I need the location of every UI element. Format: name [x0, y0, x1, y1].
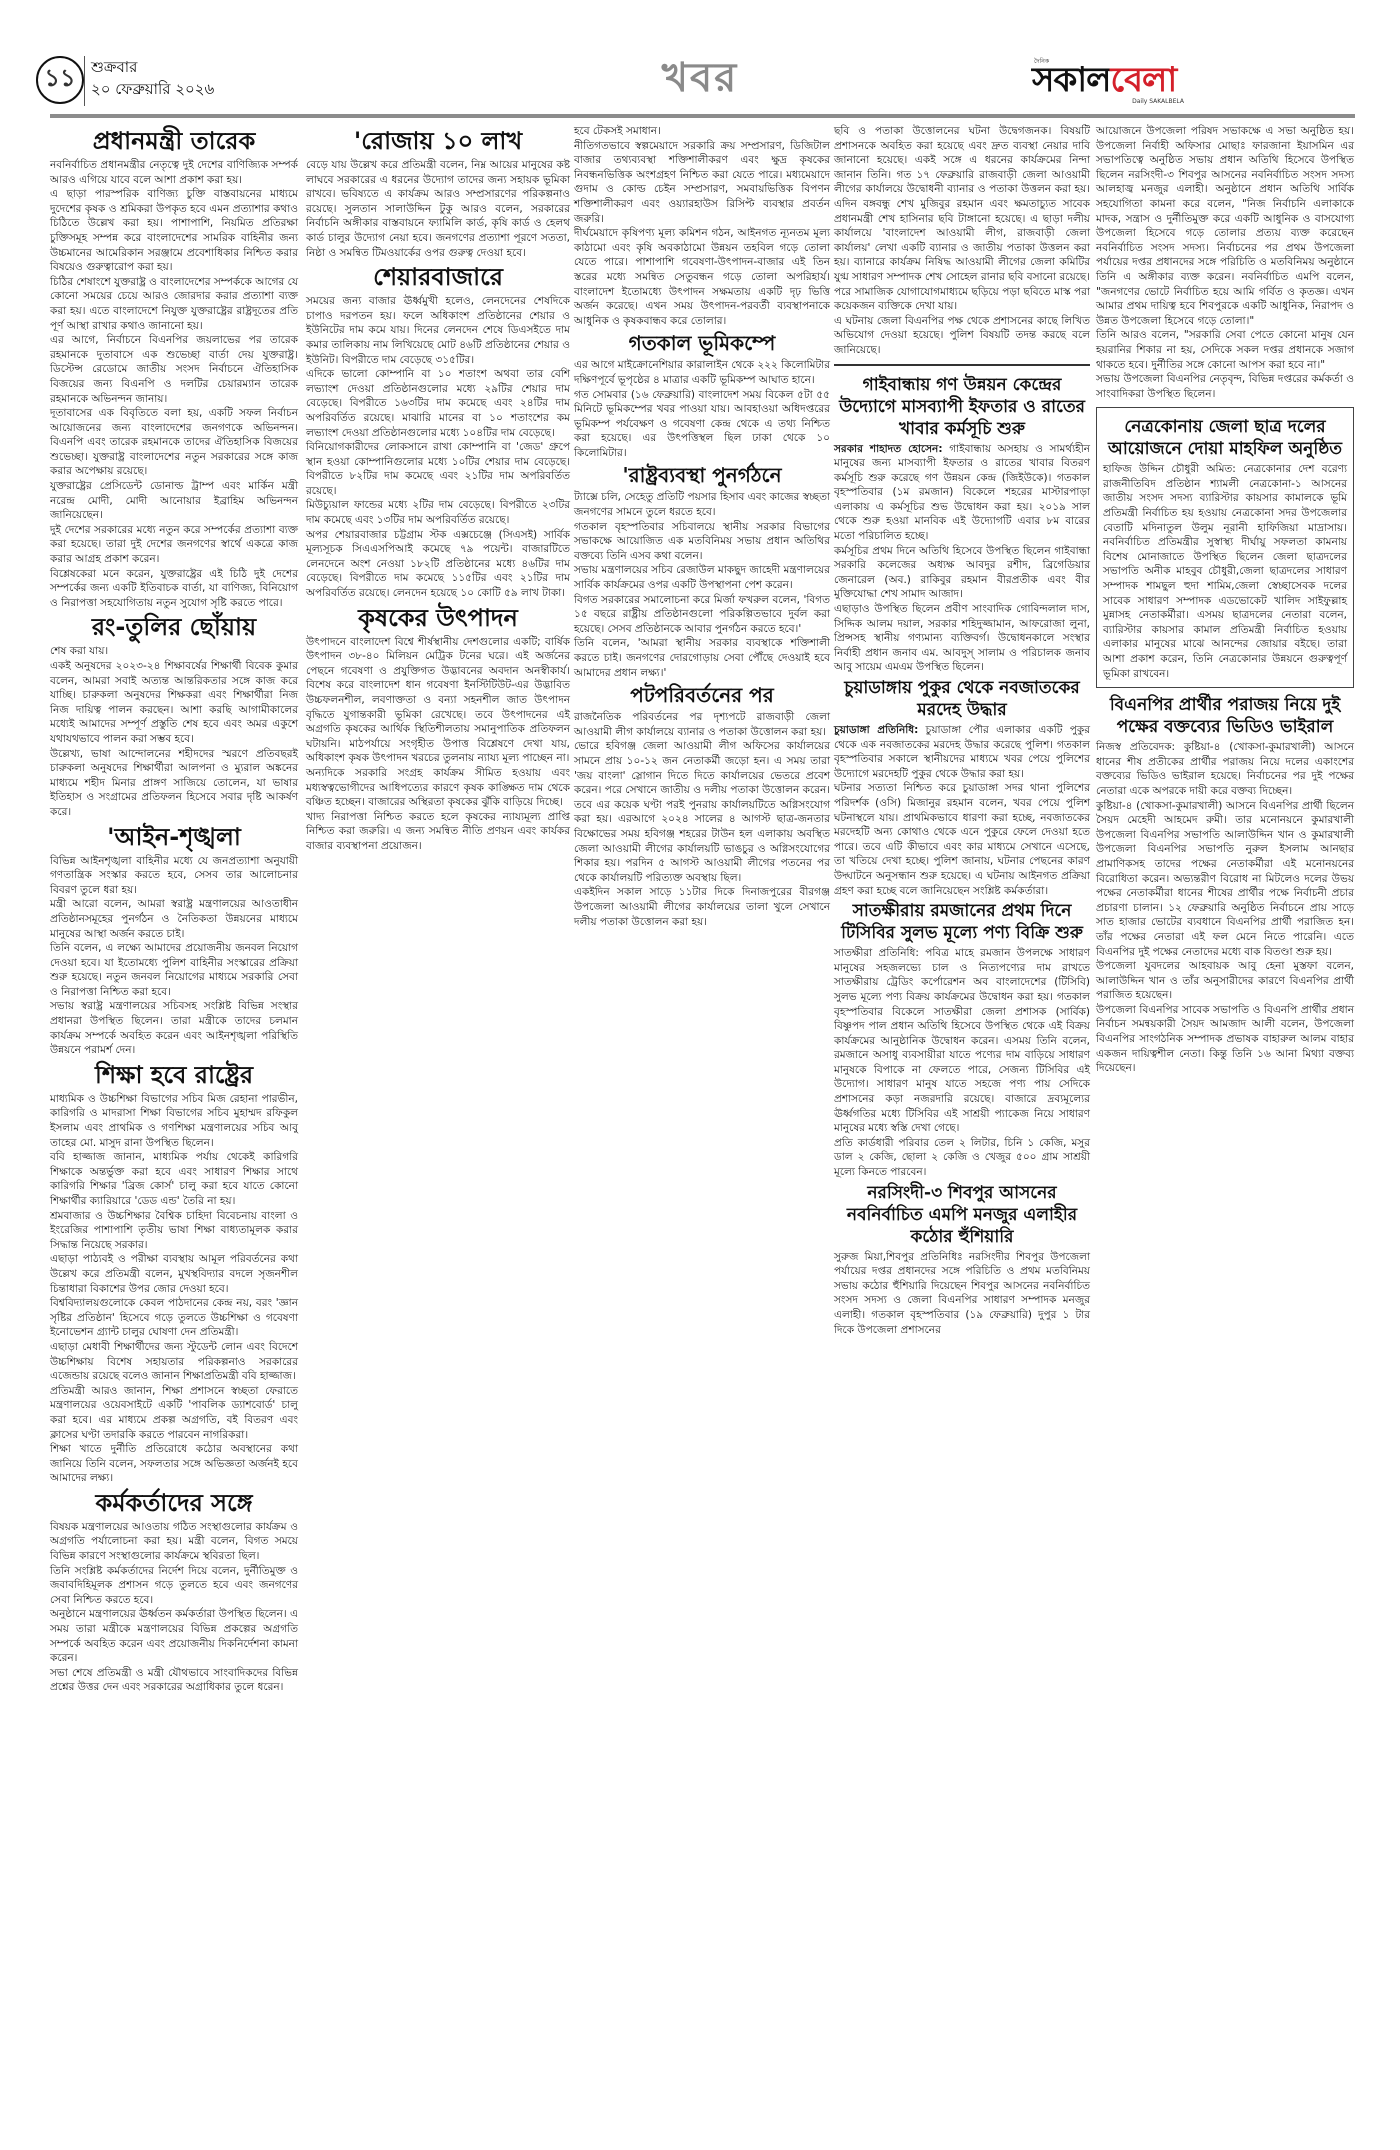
- article-ain-shrinkhola: 'আইন-শৃঙ্খলা বিভিন্ন আইনশৃঙ্খলা বাহিনীর …: [50, 822, 298, 1058]
- article-rashtro: 'রাষ্ট্রব্যবস্থা পুনর্গঠনে ট্যাক্সে চলি,…: [574, 462, 830, 680]
- headline[interactable]: কর্মকর্তাদের সঙ্গে: [50, 1488, 298, 1518]
- headline[interactable]: নেত্রকোনায় জেলা ছাত্র দলের আয়োজনে দোয়…: [1103, 416, 1347, 460]
- paragraph: তিনি আরও বলেন, "সরকারি সেবা পেতে কোনো মা…: [1096, 328, 1354, 372]
- paragraph: উপজেলা বিএনপির সাবেক সভাপতি ও বিএনপি প্র…: [1096, 1003, 1354, 1076]
- article-narsingdi: নরসিংদী-৩ শিবপুর আসনের নবনির্বাচিত এমপি …: [834, 1182, 1090, 1338]
- article-bnp-video: বিএনপির প্রার্থীর পরাজয় নিয়ে দুই পক্ষে…: [1096, 694, 1354, 1076]
- article-share-bazar: শেয়ারবাজারে সময়ের জন্য বাজার ঊর্ধ্বমুখ…: [306, 262, 570, 600]
- paragraph: গতকাল বৃহস্পতিবার সচিবালয়ে স্থানীয় সরক…: [574, 520, 830, 564]
- article-sustainable: হবে টেকসই সমাধান। নীতিগতভাবে স্বল্পমেয়া…: [574, 124, 830, 328]
- paragraph: সুরুজ মিয়া,শিবপুর প্রতিনিধিঃ নরসিংদীর শ…: [834, 1250, 1090, 1338]
- headline[interactable]: গাইবান্ধায় গণ উন্নয়ন কেন্দ্রের উদ্যোগে…: [834, 374, 1090, 440]
- paragraph: শ্রমবাজার ও উচ্চশিক্ষার বৈশ্বিক চাহিদা ব…: [50, 1209, 298, 1253]
- paragraph: অন্যদিকে সরকারি সংগ্রহ কার্যক্রম সীমিত হ…: [306, 766, 570, 810]
- paragraph: ববি হাজ্জাজ জানান, মাধ্যমিক পর্যায় থেকে…: [50, 1150, 298, 1208]
- article-karmakarta: কর্মকর্তাদের সঙ্গে বিষয়ক মন্ত্রণালয়ের …: [50, 1488, 298, 1695]
- article-gaibandha: গাইবান্ধায় গণ উন্নয়ন কেন্দ্রের উদ্যোগে…: [834, 364, 1090, 676]
- paragraph: এছাড়াও উপস্থিত ছিলেন প্রবীণ সাংবাদিক গো…: [834, 602, 1090, 675]
- article-gotokal: গতকাল ভূমিকম্পে এর আগে মাইক্রোনেশিয়ার ক…: [574, 330, 830, 460]
- paragraph: এর আগে, নির্বাচনে বিএনপির জয়লাভের পর তা…: [50, 333, 298, 406]
- byline: চুয়াডাঙ্গা প্রতিনিধি:: [834, 724, 918, 736]
- paragraph: সময়ের জন্য বাজার ঊর্ধ্বমুখী হলেও, লেনদে…: [306, 294, 570, 367]
- paragraph: নবনির্বাচিত প্রধানমন্ত্রীর নেতৃত্বে দুই …: [50, 158, 298, 187]
- paragraph: চুয়াডাঙ্গা প্রতিনিধি: চুয়াডাঙ্গা পৌর এ…: [834, 723, 1090, 781]
- paragraph: মাধ্যমিক ও উচ্চশিক্ষা বিভাগের সচিব মিজ র…: [50, 1092, 298, 1150]
- paragraph: শিক্ষা খাতে দুর্নীতি প্রতিরোধে কঠোর অবস্…: [50, 1442, 298, 1486]
- paragraph: তিনি সংশ্লিষ্ট কর্মকর্তাদের নির্দেশ দিয়…: [50, 1564, 298, 1608]
- paragraph: নীতিগতভাবে স্বল্পমেয়াদে সরকারি ক্রয় সম…: [574, 139, 830, 227]
- paragraph: একই অনুষদের ২০২৩-২৪ শিক্ষাবর্ষের শিক্ষার…: [50, 659, 298, 747]
- paragraph: মন্ত্রী আরো বলেন, আমরা স্বরাষ্ট্র মন্ত্র…: [50, 897, 298, 941]
- headline[interactable]: নরসিংদী-৩ শিবপুর আসনের নবনির্বাচিত এমপি …: [834, 1182, 1090, 1248]
- logo-wordmark: সকালবেলা: [1032, 60, 1176, 100]
- headline[interactable]: চুয়াডাঙ্গায় পুকুর থেকে নবজাতকের মরদেহ …: [834, 677, 1090, 721]
- paragraph: ঘটনার সত্যতা নিশ্চিত করে চুয়াডাঙ্গা সদর…: [834, 781, 1090, 898]
- paragraph: বিভিন্ন আইনশৃঙ্খলা বাহিনীর মধ্যে যে জনপ্…: [50, 854, 298, 898]
- paragraph: সভা শেষে প্রতিমন্ত্রী ও মন্ত্রী যৌথভাবে …: [50, 1666, 298, 1695]
- paragraph: এছাড়া মেধাবী শিক্ষার্থীদের জন্য স্টুডেন…: [50, 1340, 298, 1384]
- paragraph: যুক্তরাষ্ট্রের প্রেসিডেন্ট ডোনাল্ড ট্রাম…: [50, 479, 298, 523]
- paragraph: বিগত সরকারের সমালোচনা করে মির্জা ফখরুল ব…: [574, 593, 830, 637]
- headline[interactable]: রং-তুলির ছোঁয়ায়: [50, 612, 298, 642]
- headline[interactable]: 'আইন-শৃঙ্খলা: [50, 822, 298, 852]
- newspaper-logo[interactable]: দৈনিক সকালবেলা Daily SAKALBELA: [1032, 40, 1192, 106]
- paragraph: আয়োজনে উপজেলা পরিষদ সভাকক্ষে এ সভা অনুষ…: [1096, 124, 1354, 328]
- paragraph: উপজেলা যুবদলের আহবায়ক আবু হেনা মুস্তফা …: [1096, 959, 1354, 1003]
- article-rajbari: ছবি ও পতাকা উত্তোলনের ঘটনা উদ্বেগজনক। বি…: [834, 124, 1090, 358]
- logo-word-2: বেলা: [1110, 60, 1176, 100]
- headline[interactable]: কৃষকের উৎপাদন: [306, 603, 570, 633]
- paragraph: গত সোমবার (১৬ ফেব্রুয়ারি) বাংলাদেশ সময়…: [574, 388, 830, 461]
- logo-english: Daily SAKALBELA: [1132, 98, 1184, 105]
- paragraph: এর আগে মাইক্রোনেশিয়ার কারালাইন থেকে ২২২…: [574, 358, 830, 387]
- paragraph: মিউচ্যুয়াল ফান্ডের মধ্যে ২টির দাম বেড়ে…: [306, 498, 570, 527]
- article-chuadanga: চুয়াডাঙ্গায় পুকুর থেকে নবজাতকের মরদেহ …: [834, 677, 1090, 898]
- headline[interactable]: সাতক্ষীরায় রমজানের প্রথম দিনে টিসিবির স…: [834, 900, 1090, 944]
- column-5: আয়োজনে উপজেলা পরিষদ সভাকক্ষে এ সভা অনুষ…: [1096, 124, 1354, 1076]
- paragraph: কর্মসূচির প্রথম দিনে অতিথি হিসেবে উপস্থি…: [834, 544, 1090, 602]
- paragraph: প্রতিমন্ত্রী আরও জানান, শিক্ষা প্রশাসনে …: [50, 1384, 298, 1442]
- paragraph: বিশ্ববিদ্যালয়গুলোকে কেবল পাঠদানের কেন্দ…: [50, 1296, 298, 1340]
- paragraph: চিঠির শেষাংশে যুক্তরাষ্ট্র ও বাংলাদেশের …: [50, 275, 298, 333]
- article-netrokona: নেত্রকোনায় জেলা ছাত্র দলের আয়োজনে দোয়…: [1096, 407, 1354, 688]
- paragraph: দুই দেশের সরকারের মধ্যে নতুন করে সম্পর্ক…: [50, 523, 298, 567]
- top-rule: [50, 114, 1355, 118]
- paragraph: হাফিজ উদ্দিন চৌধুরী অমিত: নেত্রকোনার দেশ…: [1103, 462, 1347, 681]
- headline[interactable]: পটপরিবর্তনের পর: [574, 682, 830, 708]
- paragraph: তিনি বলেন, 'আমরা স্থানীয় সরকার ব্যবস্থা…: [574, 636, 830, 680]
- headline[interactable]: 'রাষ্ট্রব্যবস্থা পুনর্গঠনে: [574, 462, 830, 488]
- paragraph: ছবি ও পতাকা উত্তোলনের ঘটনা উদ্বেগজনক। বি…: [834, 124, 1090, 314]
- paragraph: সরকার শাহাদত হোসেন: গাইবান্ধায় অসহায় ও…: [834, 442, 1090, 544]
- paragraph: এ ঘটনায় জেলা বিএনপির পক্ষ থেকে প্রশাসনে…: [834, 314, 1090, 358]
- article-krishoker: কৃষকের উৎপাদন উৎপাদনে বাংলাদেশ বিশ্বে শী…: [306, 603, 570, 854]
- paragraph: সাতক্ষীরা প্রতিনিধি: পবিত্র মাহে রমজান উ…: [834, 946, 1090, 1136]
- paragraph: প্রতি কার্ডধারী পরিবার তেল ২ লিটার, চিনি…: [834, 1136, 1090, 1180]
- paragraph: অনুষ্ঠানে মন্ত্রণালয়ের ঊর্ধ্বতন কর্মকর্…: [50, 1607, 298, 1665]
- article-potporibartan: পটপরিবর্তনের পর রাজনৈতিক পরিবর্তনের পর দ…: [574, 682, 830, 929]
- column-3: হবে টেকসই সমাধান। নীতিগতভাবে স্বল্পমেয়া…: [574, 124, 830, 929]
- article-rong-tulir: রং-তুলির ছোঁয়ায় শেষ করা যায়। একই অনুষ…: [50, 612, 298, 819]
- article-pm-tarek: প্রধানমন্ত্রী তারেক নবনির্বাচিত প্রধানমন…: [50, 126, 298, 610]
- headline[interactable]: প্রধানমন্ত্রী তারেক: [50, 126, 298, 156]
- paragraph: সভায় স্বরাষ্ট্র মন্ত্রণালয়ের সচিবসহ সং…: [50, 999, 298, 1057]
- logo-word-1: সকাল: [1032, 60, 1110, 100]
- paragraph: এছাড়া পাঠ্যবই ও পরীক্ষা ব্যবস্থায় আমূল…: [50, 1252, 298, 1296]
- article-shikkha: শিক্ষা হবে রাষ্ট্রের মাধ্যমিক ও উচ্চশিক্…: [50, 1060, 298, 1486]
- paragraph: সভায় মন্ত্রণালয়ের সচিব রেজাউল মাকছুদ জ…: [574, 563, 830, 592]
- article-narsingdi-continued: আয়োজনে উপজেলা পরিষদ সভাকক্ষে এ সভা অনুষ…: [1096, 124, 1354, 401]
- paragraph: ট্যাক্সে চলি, সেহেতু প্রতিটি পয়সার হিসা…: [574, 490, 830, 519]
- paragraph: হবে টেকসই সমাধান।: [574, 124, 830, 139]
- headline[interactable]: বিএনপির প্রার্থীর পরাজয় নিয়ে দুই পক্ষে…: [1096, 694, 1354, 738]
- paragraph: ভোরে হবিগঞ্জ জেলা আওয়ামী লীগ অফিসের কার…: [574, 739, 830, 885]
- column-4: ছবি ও পতাকা উত্তোলনের ঘটনা উদ্বেগজনক। বি…: [834, 124, 1090, 1337]
- paragraph: তিনি বলেন, এ লক্ষ্যে আমাদের প্রয়োজনীয় …: [50, 941, 298, 999]
- paragraph: অপর শেয়ারবাজার চট্টগ্রাম স্টক এক্সচেঞ্জ…: [306, 528, 570, 601]
- paragraph: রাজনৈতিক পরিবর্তনের পর দৃশ্যপটে রাজবাড়ী…: [574, 710, 830, 739]
- paragraph: একইদিন সকাল সাড়ে ১১টার দিকে দিনাজপুরের …: [574, 885, 830, 929]
- paragraph: বিষয়ক মন্ত্রণালয়ের আওতায় গঠিত সংস্থাগ…: [50, 1520, 298, 1564]
- paragraph: নিজস্ব প্রতিবেদক: কুষ্টিয়া-৪ (খোকসা-কুম…: [1096, 740, 1354, 798]
- article-rojay: 'রোজায় ১০ লাখ বেড়ে যায় উল্লেখ করে প্র…: [306, 126, 570, 260]
- headline[interactable]: গতকাল ভূমিকম্পে: [574, 330, 830, 356]
- paragraph: উৎপাদনে বাংলাদেশ বিশ্বে শীর্ষস্থানীয় দে…: [306, 635, 570, 766]
- paragraph: দীর্ঘমেয়াদে কৃষিপণ্য মূল্য কমিশন গঠন, আ…: [574, 226, 830, 328]
- paragraph: এদিকে ভালো কোম্পানি বা ১০ শতাংশ অথবা তার…: [306, 367, 570, 440]
- headline[interactable]: 'রোজায় ১০ লাখ: [306, 126, 570, 156]
- masthead: ১১ শুক্রবার ২০ ফেব্রুয়ারি ২০২৬ খবর দৈনি…: [0, 0, 1400, 112]
- headline[interactable]: শেয়ারবাজারে: [306, 262, 570, 292]
- paragraph-text: গাইবান্ধায় অসহায় ও সামর্থ্যহীন মানুষের…: [834, 443, 1090, 543]
- headline[interactable]: শিক্ষা হবে রাষ্ট্রের: [50, 1060, 298, 1090]
- paragraph: দূতাবাসের এক বিবৃতিতে বলা হয়, একটি সফল …: [50, 406, 298, 479]
- column-2: 'রোজায় ১০ লাখ বেড়ে যায় উল্লেখ করে প্র…: [306, 124, 570, 854]
- paragraph: কুষ্টিয়া-৪ (খোকসা-কুমারখালী) আসনে বিএনপ…: [1096, 799, 1354, 960]
- paragraph: খাদ্য নিরাপত্তা নিশ্চিত করতে হলে কৃষকের …: [306, 810, 570, 854]
- article-satkhira: সাতক্ষীরায় রমজানের প্রথম দিনে টিসিবির স…: [834, 900, 1090, 1180]
- paragraph: বেড়ে যায় উল্লেখ করে প্রতিমন্ত্রী বলেন,…: [306, 158, 570, 260]
- paragraph: শেষ করা যায়।: [50, 644, 298, 659]
- paragraph: বিশ্লেষকেরা মনে করেন, যুক্তরাষ্ট্রের এই …: [50, 567, 298, 611]
- paragraph: বিনিয়োগকারীদের লোকসানে রাখা কোম্পানি বা…: [306, 440, 570, 498]
- column-1: প্রধানমন্ত্রী তারেক নবনির্বাচিত প্রধানমন…: [50, 124, 298, 1695]
- byline: সরকার শাহাদত হোসেন:: [834, 443, 943, 455]
- paragraph: সভায় উপজেলা বিএনপির নেতৃবৃন্দ, বিভিন্ন …: [1096, 372, 1354, 401]
- paragraph: এ ছাড়া পারস্পরিক বাণিজ্য চুক্তি বাস্তবা…: [50, 187, 298, 275]
- paragraph: উল্লেখ্য, ভাষা আন্দোলনের শহীদদের স্মরণে …: [50, 747, 298, 820]
